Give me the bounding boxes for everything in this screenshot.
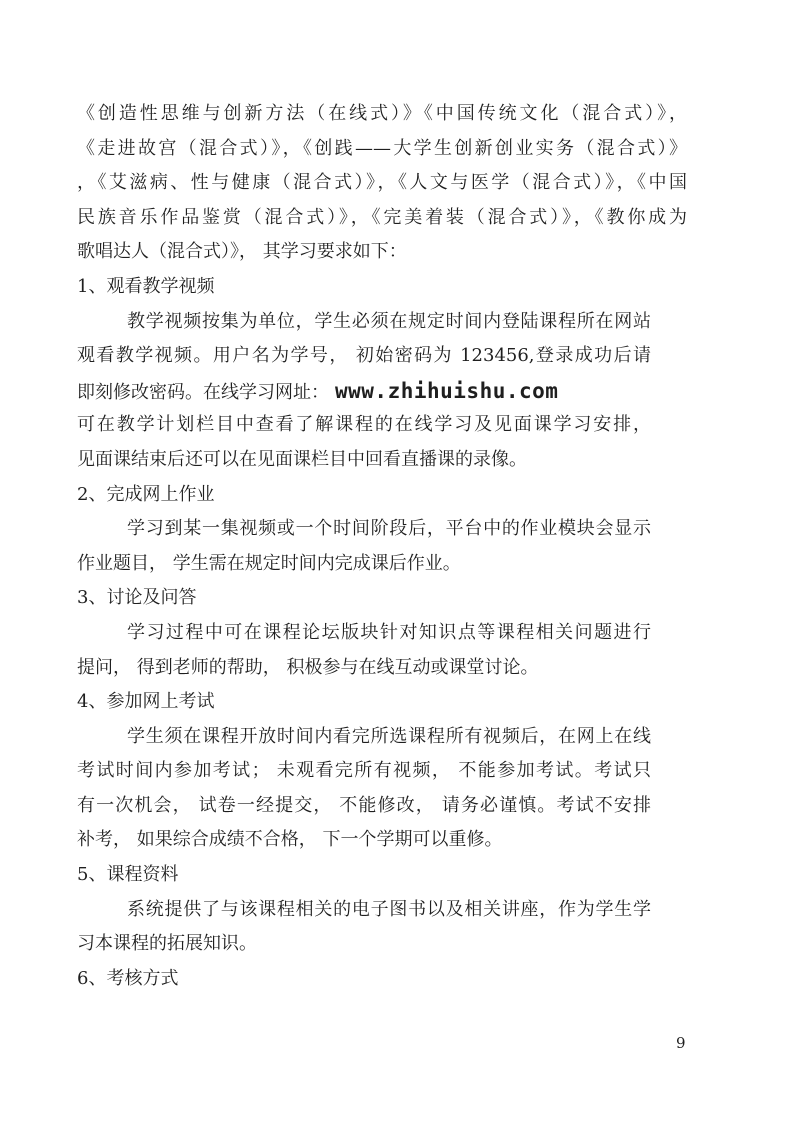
- section-3-paragraph-line: 学习过程中可在课程论坛版块针对知识点等课程相关问题进行: [77, 616, 651, 651]
- section-1-paragraph-line: 教学视频按集为单位，学生必须在规定时间内登陆课程所在网站: [77, 305, 651, 340]
- section-1-heading: 1、观看教学视频: [77, 270, 717, 305]
- section-4-heading: 4、参加网上考试: [77, 685, 717, 720]
- page-number: 9: [676, 1033, 686, 1053]
- section-4-paragraph-line: 考试时间内参加考试； 未观看完所有视频， 不能参加考试。考试只: [77, 754, 651, 789]
- section-2-paragraph-line: 学习到某一集视频或一个时间阶段后，平台中的作业模块会显示: [77, 512, 651, 547]
- section-3-heading: 3、讨论及问答: [77, 581, 717, 616]
- section-5-paragraph-line: 系统提供了与该课程相关的电子图书以及相关讲座，作为学生学: [77, 893, 651, 928]
- section-1-url-line: 即刻修改密码。在线学习网址：www.zhihuishu.com: [77, 374, 717, 409]
- section-1-paragraph-line: 观看教学视频。用户名为学号， 初始密码为 123456,登录成功后请: [77, 339, 651, 374]
- section-4-paragraph-line: 补考， 如果综合成绩不合格， 下一个学期可以重修。: [77, 823, 717, 858]
- section-3-paragraph-line: 提问， 得到老师的帮助， 积极参与在线互动或课堂讨论。: [77, 651, 717, 686]
- course-list-line-4: 民族音乐作品鉴赏（混合式）》，《完美着装（混合式）》，《教你成为: [77, 201, 687, 236]
- section-4-paragraph-line: 学生须在课程开放时间内看完所选课程所有视频后，在网上在线: [77, 720, 651, 755]
- course-list-line-5: 歌唱达人（混合式）》， 其学习要求如下：: [77, 235, 717, 270]
- section-1-paragraph-line: 可在教学计划栏目中查看了解课程的在线学习及见面课学习安排，: [77, 408, 651, 443]
- section-5-heading: 5、课程资料: [77, 858, 717, 893]
- course-list-line-2: 《走进故宫（混合式）》，《创践——大学生创新创业实务（混合式）》: [77, 132, 687, 167]
- section-4-paragraph-line: 有一次机会， 试卷一经提交， 不能修改， 请务必谨慎。考试不安排: [77, 789, 651, 824]
- course-list-line-1: 《创造性思维与创新方法（在线式）》《中国传统文化（混合式）》，: [77, 97, 687, 132]
- document-page: 《创造性思维与创新方法（在线式）》《中国传统文化（混合式）》， 《走进故宫（混合…: [0, 0, 793, 1122]
- page-body-text: 《创造性思维与创新方法（在线式）》《中国传统文化（混合式）》， 《走进故宫（混合…: [77, 97, 717, 996]
- course-website-url: www.zhihuishu.com: [335, 379, 558, 403]
- section-1-paragraph-line: 见面课结束后还可以在见面课栏目中回看直播课的录像。: [77, 443, 717, 478]
- section-2-paragraph-line: 作业题目， 学生需在规定时间内完成课后作业。: [77, 547, 717, 582]
- section-6-heading: 6、考核方式: [77, 962, 717, 997]
- section-5-paragraph-line: 习本课程的拓展知识。: [77, 927, 717, 962]
- course-list-line-3: ，《艾滋病、性与健康（混合式）》，《人文与医学（混合式）》，《中国: [77, 166, 687, 201]
- url-line-prefix: 即刻修改密码。在线学习网址：: [77, 382, 329, 403]
- section-2-heading: 2、完成网上作业: [77, 478, 717, 513]
